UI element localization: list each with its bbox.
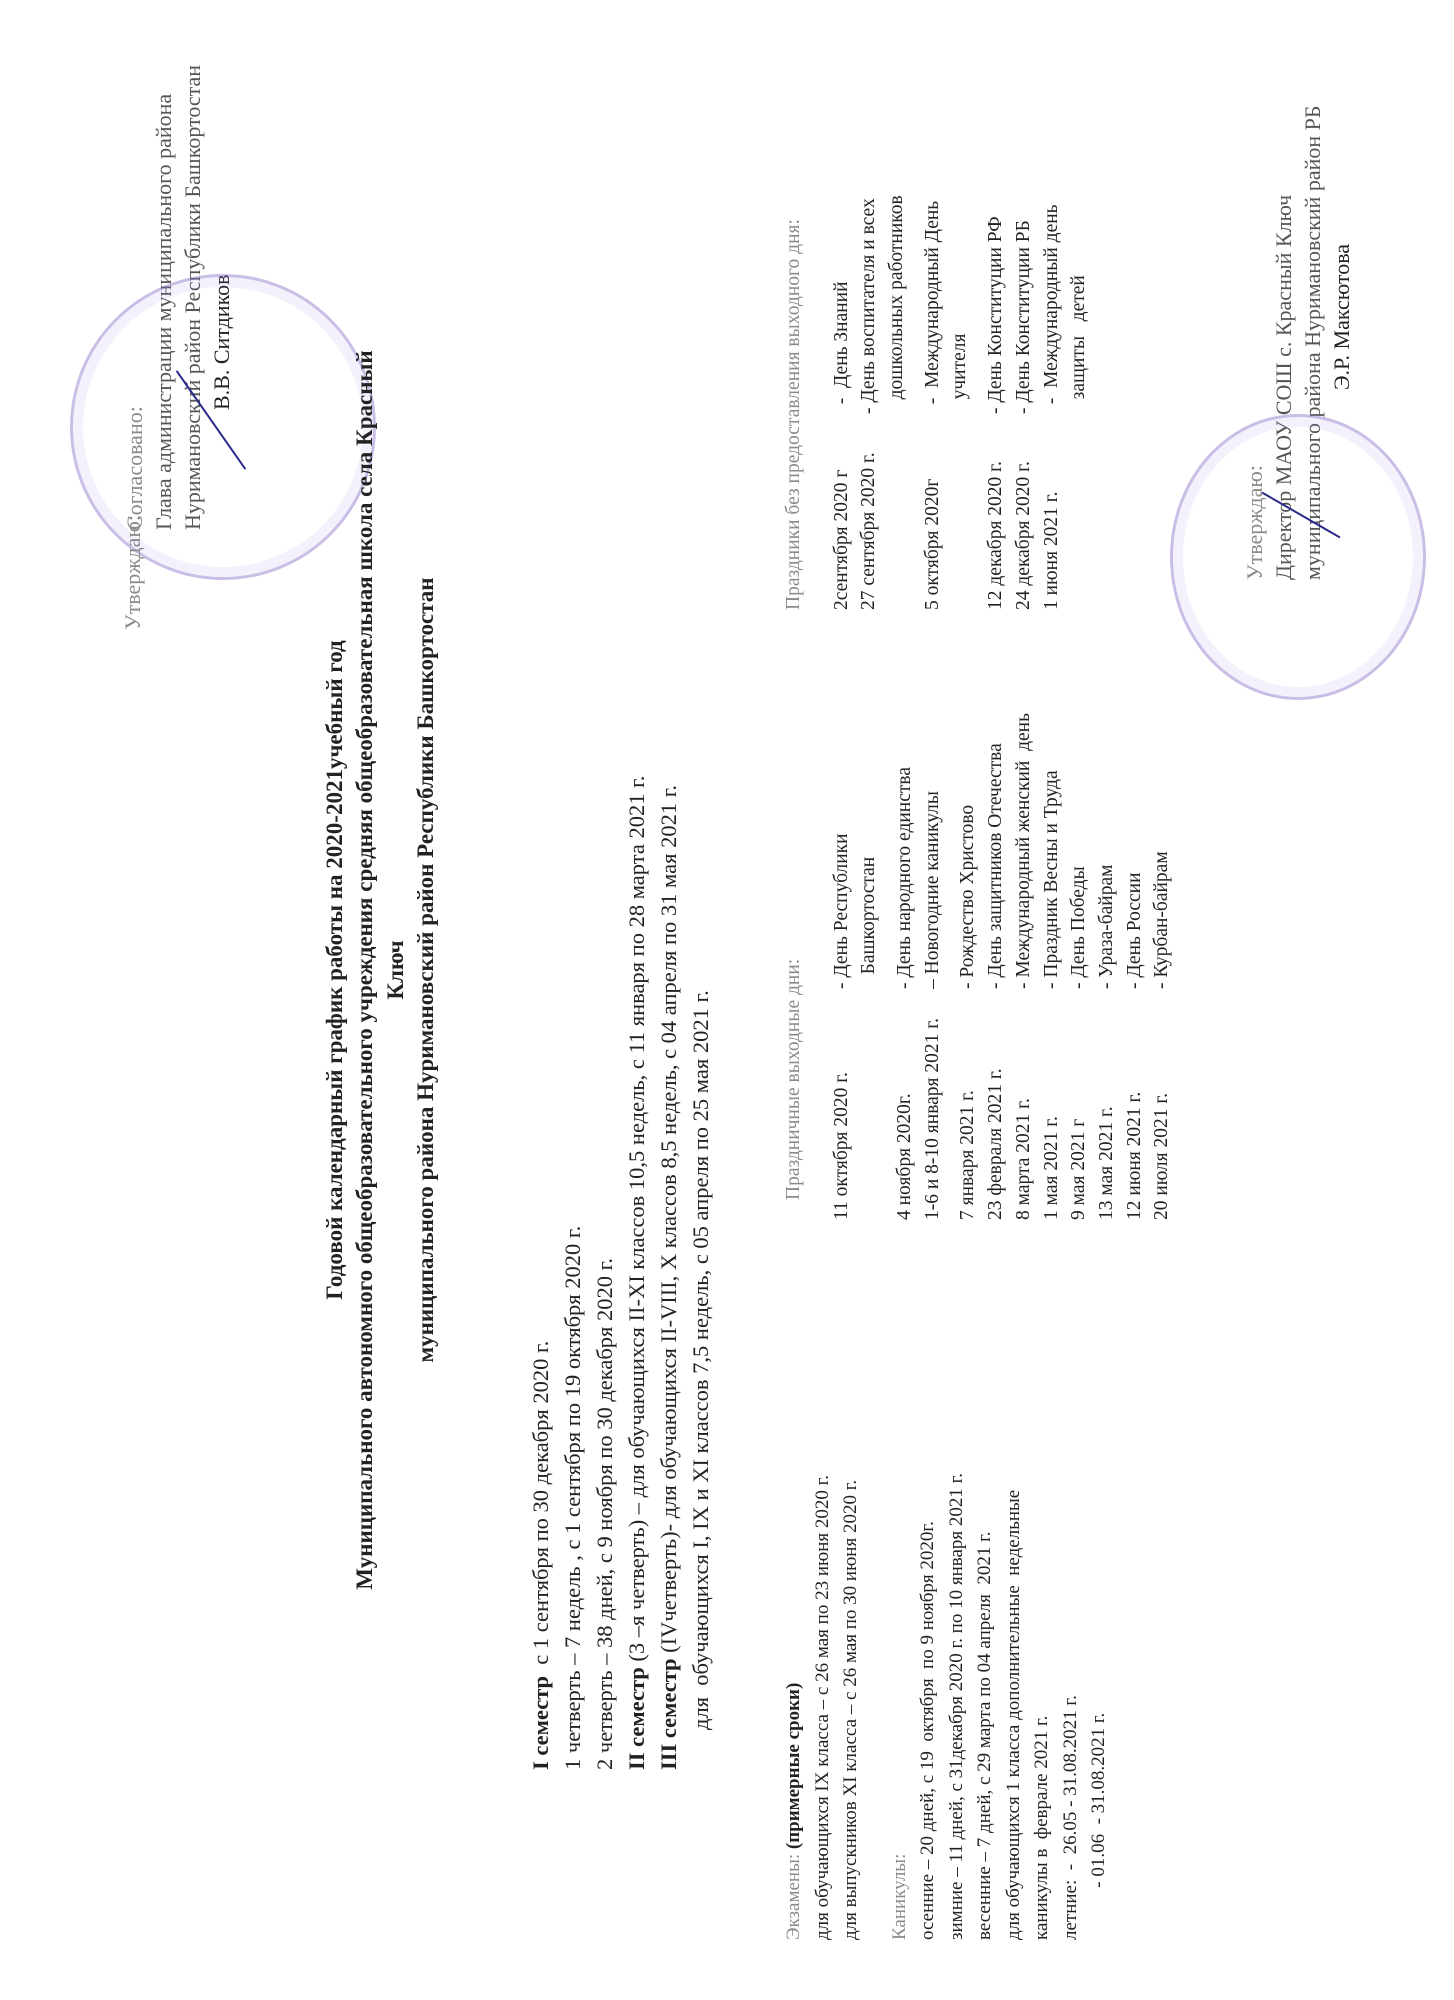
semester-text: (IVчетверть)- для обучающихся II-VIII, X… bbox=[656, 785, 681, 1658]
holiday-row: 4 ноября 2020г.- День народного единства bbox=[891, 520, 919, 1220]
semester-text: с 1 сентября по 30 декабря 2020 г. bbox=[528, 1341, 553, 1676]
semester-text: 1 четверть – 7 недель , с 1 сентября по … bbox=[560, 1226, 585, 1770]
holiday-row: 23 февраля 2021 г.- День защитников Отеч… bbox=[982, 520, 1010, 1220]
public-holidays-list: 11 октября 2020 г.- День Республики Башк… bbox=[828, 520, 1176, 1220]
holiday-row: дошкольных работников bbox=[883, 10, 911, 610]
holiday-row: Башкортостан bbox=[855, 520, 883, 1220]
document-title: Годовой календарный график работы на 202… bbox=[320, 320, 441, 1620]
holiday-date: 12 июня 2021 г. bbox=[1121, 995, 1149, 1220]
vacation-line: каникулы в феврале 2021 г. bbox=[1028, 1240, 1057, 1940]
holiday-name: - Международный день bbox=[1038, 10, 1066, 420]
holiday-date: 9 мая 2021 г bbox=[1065, 995, 1093, 1220]
semester-line: 2 четверть – 38 дней, с 9 ноября по 30 д… bbox=[589, 270, 621, 1770]
holiday-name: - День Конституции РФ bbox=[982, 10, 1010, 420]
holiday-date: 7 января 2021 г. bbox=[954, 995, 982, 1220]
holiday-row: 8 марта 2021 г.- Международный женский д… bbox=[1010, 520, 1038, 1220]
vacations-heading: Каникулы: bbox=[886, 1240, 915, 1940]
holiday-row: 2сентября 2020 г - День Знаний bbox=[828, 10, 856, 610]
holiday-date: 8 марта 2021 г. bbox=[1010, 995, 1038, 1220]
holiday-row: 1-6 и 8-10 января 2021 г.– Новогодние ка… bbox=[919, 520, 947, 1220]
vacation-line: зимние – 11 дней, с 31декабря 2020 г. по… bbox=[943, 1240, 972, 1940]
holiday-name: - День Знаний bbox=[828, 10, 856, 420]
holiday-date: 20 июля 2021 г. bbox=[1148, 995, 1176, 1220]
holiday-row: 27 сентября 2020 г.- День воспитателя и … bbox=[855, 10, 883, 610]
holiday-date: 27 сентября 2020 г. bbox=[855, 420, 883, 610]
vacation-line: осенние – 20 дней, с 19 октября по 9 ноя… bbox=[914, 1240, 943, 1940]
vacations-list: осенние – 20 дней, с 19 октября по 9 ноя… bbox=[914, 1240, 1114, 1940]
approval-approved-heading: Утверждаю: bbox=[118, 0, 147, 630]
holiday-name: учителя bbox=[946, 10, 974, 420]
semester-line: для обучающихся I, IX и XI классов 7,5 н… bbox=[685, 270, 717, 1770]
exams-line-ix: для обучающихся IX класса – с 26 мая по … bbox=[809, 1240, 838, 1940]
holiday-date bbox=[1065, 420, 1093, 610]
semester-label: II семестр bbox=[624, 1667, 649, 1770]
semester-text: 2 четверть – 38 дней, с 9 ноября по 30 д… bbox=[592, 1258, 617, 1770]
semesters-block: I семестр с 1 сентября по 30 декабря 202… bbox=[525, 270, 717, 1770]
holiday-date: 1-6 и 8-10 января 2021 г. bbox=[919, 995, 947, 1220]
holiday-name: - День России bbox=[1121, 520, 1149, 995]
vacation-line: весенние – 7 дней, с 29 марта по 04 апре… bbox=[971, 1240, 1000, 1940]
holiday-date: 1 мая 2021 г. bbox=[1038, 995, 1066, 1220]
holidays-no-day-off-block: Праздники без предоставления выходного д… bbox=[780, 10, 1093, 610]
holiday-row: 9 мая 2021 г- День Победы bbox=[1065, 520, 1093, 1220]
holiday-row: 1 мая 2021 г.- Праздник Весны и Труда bbox=[1038, 520, 1066, 1220]
holiday-name: - День воспитателя и всех bbox=[855, 10, 883, 420]
holiday-row: 12 июня 2021 г.- День России bbox=[1121, 520, 1149, 1220]
exams-heading-note: (примерные сроки) bbox=[783, 1683, 804, 1854]
title-line2: Муниципального автономного общеобразоват… bbox=[350, 320, 411, 1620]
semester-text: для обучающихся I, IX и XI классов 7,5 н… bbox=[688, 990, 713, 1730]
semester-line: II семестр (3 –я четверть) – для обучающ… bbox=[621, 270, 653, 1770]
holiday-date bbox=[855, 995, 883, 1220]
holiday-row: 7 января 2021 г.- Рождество Христово bbox=[954, 520, 982, 1220]
holiday-name: - Курбан-байрам bbox=[1148, 520, 1176, 995]
vacation-line: летние: - 26.05 - 31.08.2021 г. bbox=[1057, 1240, 1086, 1940]
holiday-row: 13 мая 2021 г.- Ураза-байрам bbox=[1093, 520, 1121, 1220]
holiday-row: учителя bbox=[946, 10, 974, 610]
semester-label: I семестр bbox=[528, 1676, 553, 1770]
holiday-row: 5 октября 2020г - Международный День bbox=[919, 10, 947, 610]
holiday-date bbox=[946, 420, 974, 610]
semester-label: III семестр bbox=[656, 1658, 681, 1770]
holiday-row: защиты детей bbox=[1065, 10, 1093, 610]
holiday-date: 23 февраля 2021 г. bbox=[982, 995, 1010, 1220]
exams-line-xi: для выпускников XI класса – с 26 мая по … bbox=[837, 1240, 866, 1940]
title-line1: Годовой календарный график работы на 202… bbox=[320, 320, 350, 1620]
holiday-row: 24 декабря 2020 г.- День Конституции РБ bbox=[1010, 10, 1038, 610]
exams-heading: Экзамены: (примерные сроки) bbox=[780, 1240, 809, 1940]
holiday-date: 4 ноября 2020г. bbox=[891, 995, 919, 1220]
holiday-date: 12 декабря 2020 г. bbox=[982, 420, 1010, 610]
holiday-row: 11 октября 2020 г.- День Республики bbox=[828, 520, 856, 1220]
holiday-name: - День Конституции РБ bbox=[1010, 10, 1038, 420]
exams-vacations-block: Экзамены: (примерные сроки) для обучающи… bbox=[780, 1240, 1114, 1940]
vacation-line: - 01.06 - 31.08.2021 г. bbox=[1085, 1240, 1114, 1940]
holiday-date: 5 октября 2020г bbox=[919, 420, 947, 610]
holiday-name: дошкольных работников bbox=[883, 10, 911, 420]
holiday-name: - Ураза-байрам bbox=[1093, 520, 1121, 995]
public-holidays-block: Праздничные выходные дни: 11 октября 202… bbox=[780, 520, 1176, 1220]
no-day-off-list: 2сентября 2020 г - День Знаний27 сентябр… bbox=[828, 10, 1093, 610]
holiday-name: - Международный День bbox=[919, 10, 947, 420]
holiday-name: защиты детей bbox=[1065, 10, 1093, 420]
holiday-row: 20 июля 2021 г.- Курбан-байрам bbox=[1148, 520, 1176, 1220]
semester-line: I семестр с 1 сентября по 30 декабря 202… bbox=[525, 270, 557, 1770]
semester-line: III семестр (IVчетверть)- для обучающихс… bbox=[653, 270, 685, 1770]
holiday-date bbox=[883, 420, 911, 610]
holiday-date: 13 мая 2021 г. bbox=[1093, 995, 1121, 1220]
holiday-date: 1 июня 2021 г. bbox=[1038, 420, 1066, 610]
public-holidays-heading: Праздничные выходные дни: bbox=[780, 520, 808, 1220]
no-day-off-heading: Праздники без предоставления выходного д… bbox=[780, 10, 808, 610]
title-line3: муниципального района Нуримановский райо… bbox=[411, 320, 441, 1620]
approval-approved-block: Утверждаю: bbox=[118, 0, 147, 630]
holiday-date: 11 октября 2020 г. bbox=[828, 995, 856, 1220]
holiday-row: 12 декабря 2020 г.- День Конституции РФ bbox=[982, 10, 1010, 610]
semester-line: 1 четверть – 7 недель , с 1 сентября по … bbox=[557, 270, 589, 1770]
rotated-document-page: Согласовано: Глава администрации муницип… bbox=[0, 0, 1454, 2000]
vacation-line: для обучающихся 1 класса дополнительные … bbox=[1000, 1240, 1029, 1940]
exams-heading-label: Экзамены: bbox=[783, 1854, 804, 1940]
holiday-date: 24 декабря 2020 г. bbox=[1010, 420, 1038, 610]
official-stamp-right bbox=[1170, 414, 1426, 700]
semester-text: (3 –я четверть) – для обучающихся II-XI … bbox=[624, 776, 649, 1668]
holiday-row: 1 июня 2021 г. - Международный день bbox=[1038, 10, 1066, 610]
holiday-date: 2сентября 2020 г bbox=[828, 420, 856, 610]
